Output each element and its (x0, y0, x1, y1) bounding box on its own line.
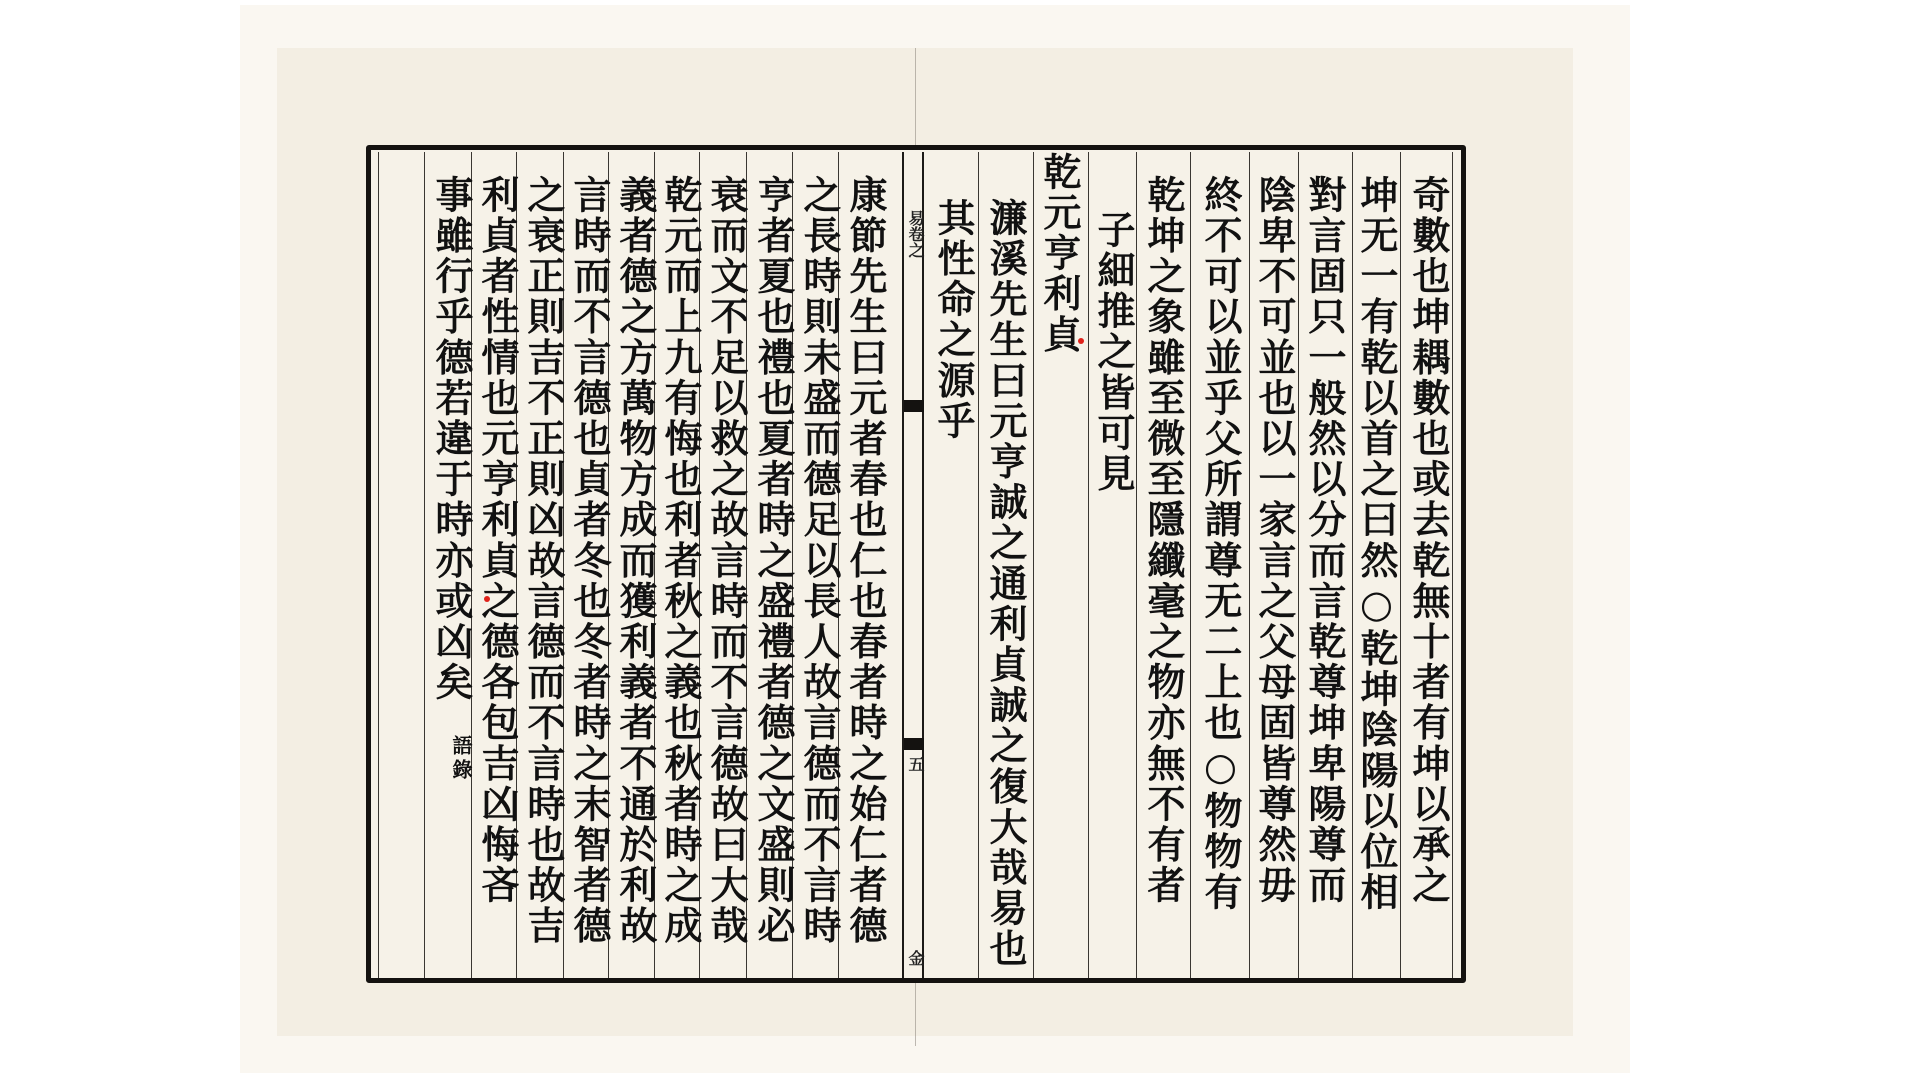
text-column: 乾坤之象雖至微至隱纖毫之物亦無不有者 (1140, 175, 1186, 906)
column-rule (1452, 152, 1453, 978)
text-column: 利貞者性情也元亨利貞之德各包吉凶悔吝 (474, 175, 520, 906)
column-rule (424, 152, 425, 978)
text-column: 言時而不言德也貞者冬也冬者時之末智者德 (566, 175, 612, 946)
column-rule (1249, 152, 1250, 978)
red-punctuation-mark (484, 596, 490, 602)
banxin-bottom-mark: 金 (904, 950, 927, 966)
banxin-page-number: 五 (904, 756, 927, 772)
text-column: 對言固只一般然以分而言乾尊坤卑陽尊而 (1301, 175, 1347, 906)
text-column: 濂溪先生曰元亨誠之通利貞誠之復大哉易也 (982, 198, 1028, 969)
text-column: 陰卑不可並也以一家言之父母固皆尊然毋 (1251, 175, 1297, 906)
text-column: 義者德之方萬物方成而獲利義者不通於利故 (612, 175, 658, 946)
text-column: 奇數也坤耦數也或去乾無十者有坤以承之 (1405, 175, 1451, 906)
column-rule (1136, 152, 1137, 978)
text-column: 其性命之源乎 (930, 198, 976, 442)
text-column: 坤无一有乾以首之曰然○乾坤陰陽以位相 (1353, 175, 1399, 913)
red-punctuation-mark (1078, 338, 1084, 344)
banxin-right-rule (922, 152, 924, 978)
banxin-title: 易卷之 (904, 210, 927, 258)
text-column: 之長時則未盛而德足以長人故言德而不言時 (796, 175, 842, 946)
column-rule (1190, 152, 1191, 978)
column-rule (978, 152, 979, 978)
text-column: 亨者夏也禮也夏者時之盛禮者德之文盛則必 (750, 175, 796, 946)
column-rule (1400, 152, 1401, 978)
text-column: 乾元而上九有悔也利者秋之義也秋者時之成 (657, 175, 703, 946)
text-column: 之衰正則吉不正則凶故言德而不言時也故吉 (520, 175, 566, 946)
column-rule (378, 152, 379, 978)
text-column: 事雖行乎德若違于時亦或凶矣 (428, 175, 474, 703)
text-column: 衰而文不足以救之故言時而不言德故曰大哉 (703, 175, 749, 946)
column-rule (1033, 152, 1034, 978)
banxin-fishtail-lower (904, 738, 924, 750)
text-column: 子細推之皆可見 (1090, 210, 1136, 494)
text-column: 終不可以並乎父所謂尊无二上也○物物有 (1197, 175, 1243, 913)
source-note: 語錄 (450, 735, 472, 783)
text-column: 康節先生曰元者春也仁也春者時之始仁者德 (842, 175, 888, 946)
column-rule (1088, 152, 1089, 978)
column-rule (1298, 152, 1299, 978)
banxin-fishtail-upper (904, 400, 924, 412)
banxin-left-rule (902, 152, 904, 978)
heading-column: 乾元亨利貞 (1036, 152, 1082, 355)
